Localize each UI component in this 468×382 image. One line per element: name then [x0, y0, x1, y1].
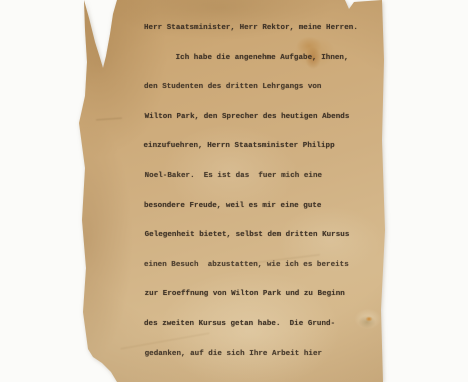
typewritten-text: Herr Staatsminister, Herr Rektor, meine …: [144, 24, 384, 379]
text-line: den Studenten des dritten Lehrgangs von: [144, 83, 384, 113]
paper-shadow: Herr Staatsminister, Herr Rektor, meine …: [0, 0, 468, 382]
text-line: besondere Freude, weil es mir eine gute: [144, 202, 384, 232]
text-line: Noel-Baker. Es ist das fuer mich eine: [145, 172, 385, 202]
crease-mark: [96, 117, 122, 121]
text-line: einen Besuch abzustatten, wie ich es ber…: [144, 261, 384, 291]
text-line: Gelegenheit bietet, selbst dem dritten K…: [145, 231, 385, 261]
paper-page: Herr Staatsminister, Herr Rektor, meine …: [0, 0, 468, 382]
text-line: Wilton Park, den Sprecher des heutigen A…: [145, 113, 385, 143]
text-line: Ich habe die angenehme Aufgabe, Ihnen,: [145, 54, 385, 84]
text-line: gedanken, auf die sich Ihre Arbeit hier: [145, 350, 385, 380]
text-line: des zweiten Kursus getan habe. Die Grund…: [144, 320, 384, 350]
scanned-letter: Herr Staatsminister, Herr Rektor, meine …: [0, 0, 468, 382]
text-line: zur Eroeffnung von Wilton Park und zu Be…: [145, 290, 385, 320]
text-line: Herr Staatsminister, Herr Rektor, meine …: [144, 24, 384, 54]
text-line: einzufuehren, Herrn Staatsminister Phili…: [144, 142, 384, 172]
